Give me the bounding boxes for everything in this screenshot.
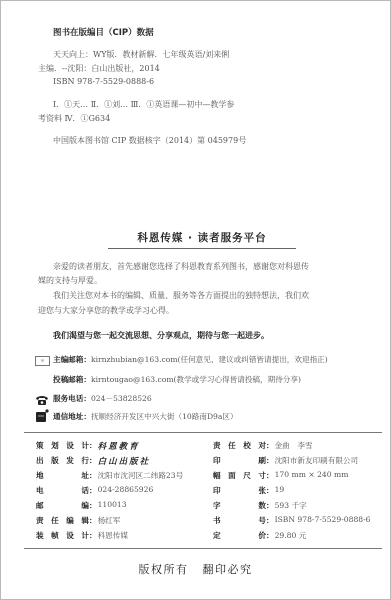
- copyright-right: 翻印必究: [203, 563, 253, 576]
- imprint-row-postcode: 邮 编：110013: [36, 500, 196, 515]
- submission-email-value[interactable]: kirntougao@163.com(教学或学习心得皆请投稿，期待分享): [91, 374, 301, 385]
- phone-value: 024－53828526: [91, 393, 152, 404]
- mail-icon: ✉: [35, 356, 50, 366]
- address-row: 通信地址： 抚顺经济开发区中兴大街（10路南D9a区）: [53, 411, 238, 422]
- imprint-row-editor: 责任编辑：杨红军: [36, 515, 196, 530]
- imprint-row-publisher: 出版发行：白山出版社: [36, 455, 196, 470]
- imprint-row-address: 地 址：沈阳市沈河区二纬路23号: [36, 470, 196, 485]
- imprint-row-cover-design: 装帧设计：科恩传媒: [36, 530, 196, 545]
- welcome-paragraph-line-2: 媒的支持与厚爱。: [38, 273, 102, 288]
- imprint-row-planning: 策划设计：科恩教育: [36, 440, 196, 455]
- divider-top: [24, 432, 382, 433]
- cip-line-2: 主编．--沈阳：白山出版社，2014: [38, 63, 160, 74]
- imprint-right-column: 责任校对：金曲 李雪 印 刷：沈阳市新友印刷有限公司 幅面尺寸：170 mm ×…: [213, 440, 388, 545]
- divider-bottom: [24, 548, 382, 549]
- copyright-left: 版权所有: [139, 563, 189, 576]
- imprint-row-sheets: 印 张：19: [213, 485, 388, 500]
- mailbox-icon: [35, 408, 49, 422]
- copyright-notice: 版权所有翻印必究: [0, 561, 391, 577]
- cip-line-1: 天天向上：WY版．教材新解．七年级英语/刘来俐: [53, 49, 229, 60]
- cip-line-classification-2: 考资料 Ⅳ．①G634: [38, 113, 110, 124]
- feedback-paragraph-line-1: 我们关注您对本书的编辑、质量、服务等各方面提出的独特想法，我们欢: [53, 288, 309, 303]
- imprint-row-proofreader: 责任校对：金曲 李雪: [213, 440, 388, 455]
- cip-record-number: 中国版本图书馆 CIP 数据核字（2014）第 045979号: [53, 135, 246, 146]
- slogan: 我们渴望与您一起交流思想、分享观点，期待与您一起进步。: [53, 330, 269, 341]
- phone-row: 服务电话： 024－53828526: [53, 393, 152, 404]
- cip-title: 图书在版编目（CIP）数据: [53, 26, 154, 38]
- submission-email-row: 投稿邮箱： kirntougao@163.com(教学或学习心得皆请投稿，期待分…: [53, 374, 301, 385]
- submission-email-label: 投稿邮箱：: [53, 374, 91, 385]
- editor-email-row: 主编邮箱： kirnzhubian@163.com(任何意见、建议或纠错皆请提出…: [53, 354, 328, 365]
- imprint-row-format: 幅面尺寸：170 mm × 240 mm: [213, 470, 388, 485]
- phone-label: 服务电话：: [53, 393, 91, 404]
- feedback-paragraph-line-2: 迎您与大家分享您的教学或学习心得。: [38, 303, 174, 318]
- platform-title-underline: [108, 248, 296, 249]
- cip-line-classification: Ⅰ．①天… Ⅱ．①刘… Ⅲ．①英语课—初中—教学参: [53, 99, 234, 110]
- telephone-icon: [35, 391, 49, 403]
- cip-line-isbn: ISBN 978-7-5529-0888-6: [53, 77, 154, 86]
- platform-title: 科恩传媒 · 读者服务平台: [108, 230, 296, 245]
- imprint-row-phone: 电 话：024-28865926: [36, 485, 196, 500]
- imprint-row-isbn: 书 号：ISBN 978-7-5529-0888-6: [213, 515, 388, 530]
- imprint-left-column: 策划设计：科恩教育 出版发行：白山出版社 地 址：沈阳市沈河区二纬路23号 电 …: [36, 440, 196, 545]
- welcome-paragraph-line-1: 亲爱的读者朋友，首先感谢您选择了科恩教育系列图书，感谢您对科恩传: [53, 259, 309, 274]
- editor-email-label: 主编邮箱：: [53, 354, 91, 365]
- imprint-row-printer: 印 刷：沈阳市新友印刷有限公司: [213, 455, 388, 470]
- imprint-row-price: 定 价：29.80 元: [213, 530, 388, 545]
- address-label: 通信地址：: [53, 411, 91, 422]
- address-value: 抚顺经济开发区中兴大街（10路南D9a区）: [91, 411, 238, 422]
- editor-email-value[interactable]: kirnzhubian@163.com(任何意见、建议或纠错皆请提出，欢迎指正): [91, 354, 328, 365]
- imprint-row-word-count: 字 数：593 千字: [213, 500, 388, 515]
